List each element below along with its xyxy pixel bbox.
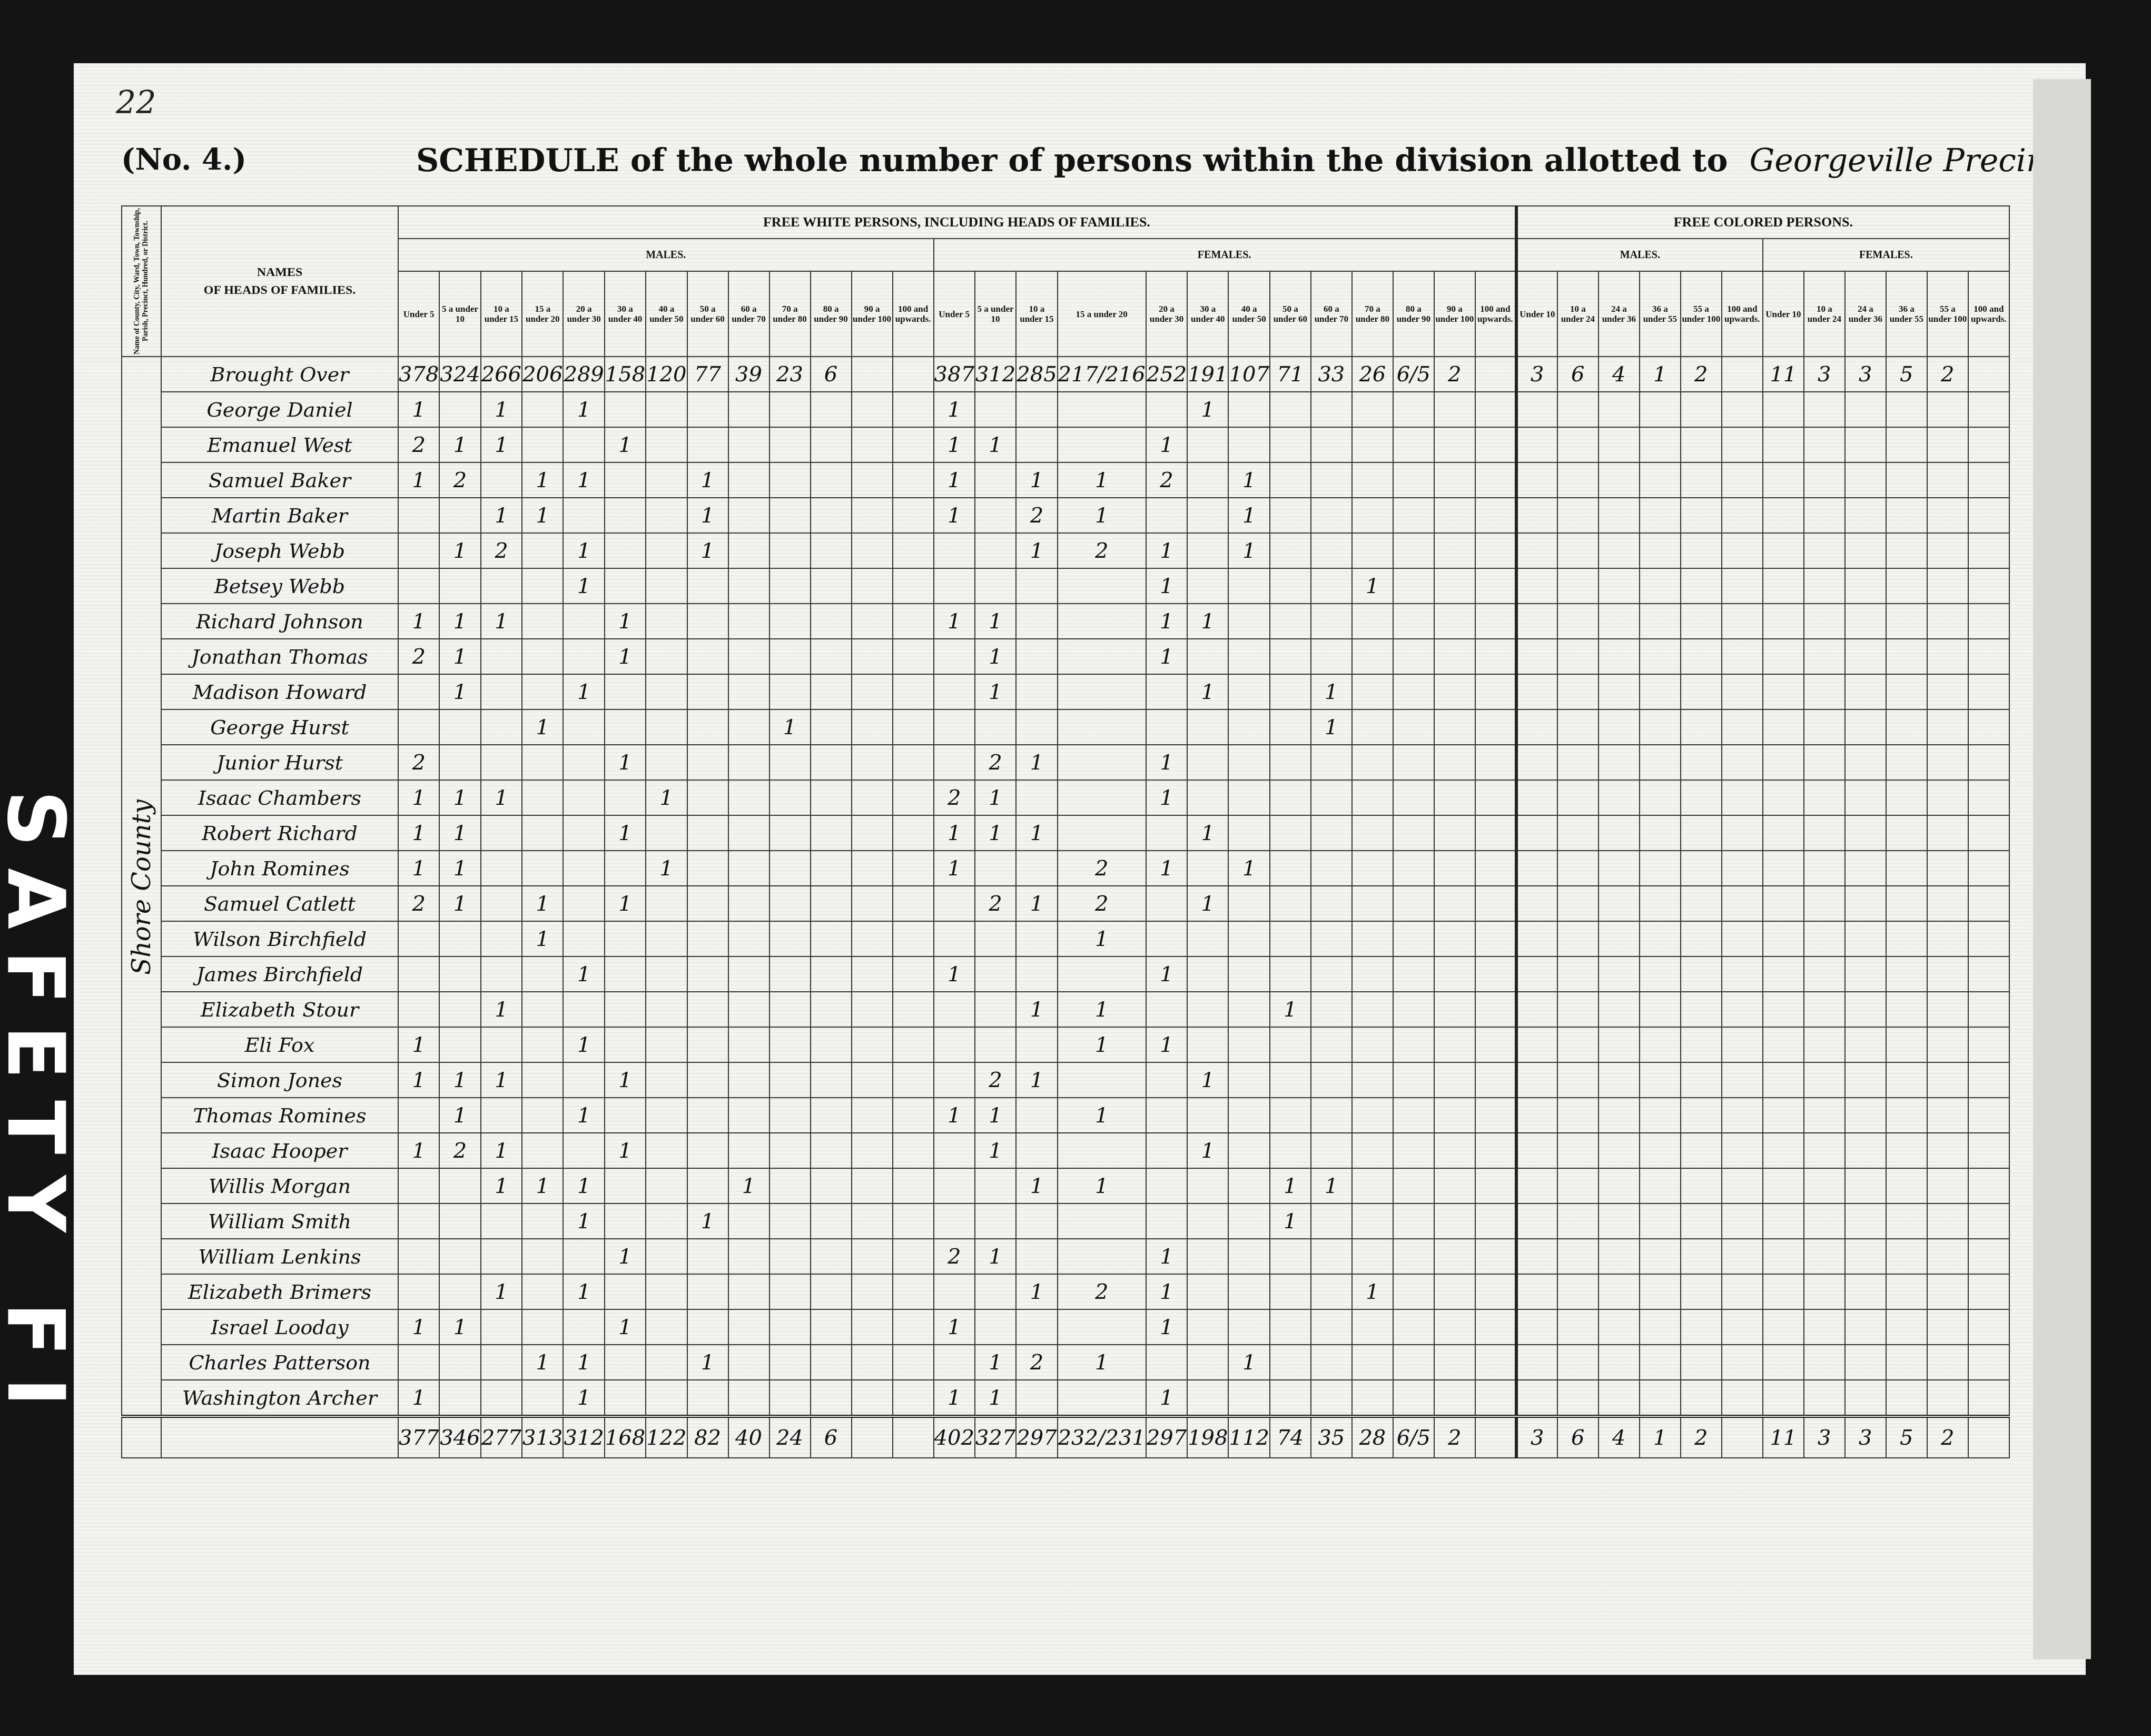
tally-cell: 1 [1187,815,1228,851]
tally-cell [1640,427,1681,462]
tally-cell: 1 [398,1309,439,1345]
tally-cell: 1 [563,1345,604,1380]
tally-cell [1927,1062,1968,1098]
tally-cell: 1 [439,851,480,886]
tally-cell: 1 [1311,1168,1352,1204]
tally-cell [1228,709,1269,745]
total-cell: 5 [1886,1416,1927,1458]
tally-cell [975,498,1016,533]
tally-cell [1352,745,1393,780]
tally-cell [1927,1239,1968,1274]
tally-cell [481,639,522,674]
tally-cell [1640,1380,1681,1416]
tally-cell [1763,1062,1804,1098]
age-column-header: 15 a under 20 [522,271,563,357]
tally-cell [1187,1204,1228,1239]
tally-cell [1640,921,1681,956]
tally-cell [769,498,811,533]
tally-cell [893,674,934,709]
tally-cell [811,780,852,815]
tally-cell: 1 [605,1239,646,1274]
tally-cell [1640,745,1681,780]
white-females-header: FEMALES. [934,239,1516,271]
tally-cell [1434,1309,1475,1345]
tally-cell [1681,1027,1722,1062]
head-of-family-name: James Birchfield [161,956,398,992]
tally-cell [1845,921,1886,956]
tally-cell [398,1274,439,1309]
tally-cell [1968,921,2009,956]
tally-cell [1311,992,1352,1027]
tally-cell [1681,851,1722,886]
head-of-family-name: William Smith [161,1204,398,1239]
tally-cell [1475,1274,1516,1309]
tally-cell [1804,745,1845,780]
age-column-header: Under 10 [1763,271,1804,357]
tally-cell [1681,1309,1722,1345]
tally-cell [522,815,563,851]
tally-cell [1886,1274,1927,1309]
age-column-header: 10 a under 15 [1016,271,1057,357]
table-row: Martin Baker1111211 [122,498,2009,533]
tally-cell [769,1380,811,1416]
tally-cell: 1 [1058,992,1146,1027]
tally-cell [1016,1380,1057,1416]
table-row: Madison Howard11111 [122,674,2009,709]
tally-cell [852,1204,893,1239]
tally-cell [811,1098,852,1133]
tally-cell [1763,921,1804,956]
tally-cell [1845,1239,1886,1274]
tally-cell [481,886,522,921]
tally-cell: 1 [934,498,975,533]
tally-cell [1763,1133,1804,1168]
tally-cell [481,851,522,886]
age-column-header: 100 and upwards. [893,271,934,357]
tally-cell [852,604,893,639]
tally-cell [1270,604,1311,639]
tally-cell [1434,1027,1475,1062]
total-cell: 277 [481,1416,522,1458]
total-cell: 2 [1434,1416,1475,1458]
tally-cell [439,568,480,604]
tally-cell [1475,604,1516,639]
tally-cell [1722,851,1763,886]
tally-cell [1187,1239,1228,1274]
tally-cell [1681,604,1722,639]
tally-cell [1968,427,2009,462]
tally-cell [975,1204,1016,1239]
tally-cell [522,1204,563,1239]
tally-cell [1845,462,1886,498]
age-column-header: 55 a under 100 [1927,271,1968,357]
tally-cell [1763,745,1804,780]
tally-cell [481,921,522,956]
tally-cell [646,992,687,1027]
tally-cell [728,1062,769,1098]
tally-cell [728,1345,769,1380]
tally-cell [728,1133,769,1168]
tally-cell [687,1133,728,1168]
tally-cell [605,992,646,1027]
page-number: 22 [116,84,156,121]
tally-cell [1763,1168,1804,1204]
tally-cell: 1 [522,921,563,956]
total-cell: 6 [1557,1416,1599,1458]
tally-cell: 1 [1270,1168,1311,1204]
tally-cell: 289 [563,357,604,392]
tally-cell [728,815,769,851]
tally-cell [1352,780,1393,815]
tally-cell [1228,886,1269,921]
tally-cell: 1 [481,604,522,639]
tally-cell [1016,709,1057,745]
tally-cell [1599,745,1640,780]
tally-cell [852,674,893,709]
tally-cell [481,1027,522,1062]
tally-cell [1270,1380,1311,1416]
tally-cell [646,604,687,639]
tally-cell [1187,709,1228,745]
tally-cell [1058,674,1146,709]
tally-cell [1681,745,1722,780]
tally-cell: 2 [934,780,975,815]
tally-cell [1886,815,1927,851]
head-of-family-name: Israel Looday [161,1309,398,1345]
tally-cell [563,1062,604,1098]
tally-cell [687,709,728,745]
table-row: Israel Looday11111 [122,1309,2009,1345]
tally-cell [1804,568,1845,604]
tally-cell [1927,498,1968,533]
tally-cell [1722,1027,1763,1062]
age-column-header: 40 a under 50 [1228,271,1269,357]
tally-cell [1475,745,1516,780]
tally-cell [1016,1133,1057,1168]
tally-cell [1599,709,1640,745]
age-column-header: Under 5 [398,271,439,357]
tally-cell [852,1380,893,1416]
tally-cell [1722,427,1763,462]
tally-cell [1270,1027,1311,1062]
tally-cell [1557,992,1599,1027]
tally-cell [1804,462,1845,498]
tally-cell [646,1274,687,1309]
head-of-family-name: Isaac Chambers [161,780,398,815]
tally-cell [439,1204,480,1239]
tally-cell [481,815,522,851]
tally-cell [687,992,728,1027]
tally-cell: 1 [398,392,439,427]
white-males-header: MALES. [398,239,934,271]
tally-cell [1146,1133,1187,1168]
tally-cell: 107 [1228,357,1269,392]
tally-cell [1927,1027,1968,1062]
tally-cell: 324 [439,357,480,392]
tally-cell [1352,815,1393,851]
tally-cell [769,568,811,604]
tally-cell [1187,1168,1228,1204]
tally-cell [1270,1062,1311,1098]
tally-cell [1058,709,1146,745]
tally-cell [893,709,934,745]
tally-cell [1968,1133,2009,1168]
tally-cell [522,674,563,709]
tally-cell [1516,1274,1557,1309]
tally-cell: 2 [1927,357,1968,392]
tally-cell: 1 [481,780,522,815]
tally-cell [852,392,893,427]
tally-cell [1681,780,1722,815]
tally-cell [934,1345,975,1380]
tally-cell [1475,886,1516,921]
tally-cell [1352,392,1393,427]
tally-cell [893,533,934,568]
tally-cell: 1 [1146,533,1187,568]
tally-cell: 1 [1058,498,1146,533]
tally-cell [1722,815,1763,851]
tally-cell: 312 [975,357,1016,392]
tally-cell [1516,1168,1557,1204]
total-cell [852,1416,893,1458]
tally-cell: 1 [563,392,604,427]
tally-cell [1804,992,1845,1027]
table-row: Shore CountyBrought Over3783242662062891… [122,357,2009,392]
colored-females-header: FEMALES. [1763,239,2009,271]
total-cell: 2 [1927,1416,1968,1458]
tally-cell [1763,1380,1804,1416]
tally-cell [1599,1168,1640,1204]
tally-cell [1804,709,1845,745]
tally-cell [852,1062,893,1098]
tally-cell: 1 [975,1380,1016,1416]
tally-cell [1804,815,1845,851]
tally-cell [1475,639,1516,674]
tally-cell [1146,886,1187,921]
tally-cell [1927,639,1968,674]
tally-cell [1516,674,1557,709]
tally-cell [1393,533,1434,568]
tally-cell: 1 [1187,1062,1228,1098]
tally-cell [605,1204,646,1239]
tally-cell: 1 [1058,462,1146,498]
tally-cell [646,674,687,709]
tally-cell [481,1380,522,1416]
tally-cell [1516,427,1557,462]
tally-cell [687,921,728,956]
table-row: Elizabeth Brimers111211 [122,1274,2009,1309]
total-cell: 3 [1516,1416,1557,1458]
tally-cell [1640,1168,1681,1204]
tally-cell [522,745,563,780]
tally-cell [1434,533,1475,568]
age-column-header: 100 and upwards. [1968,271,2009,357]
tally-cell [893,745,934,780]
tally-cell: 2 [398,745,439,780]
tally-cell [1016,1204,1057,1239]
tally-cell: 1 [1016,1168,1057,1204]
tally-cell [605,780,646,815]
tally-cell [1640,1133,1681,1168]
tally-cell: 1 [975,639,1016,674]
tally-cell [522,780,563,815]
tally-cell: 33 [1311,357,1352,392]
tally-cell [1845,1133,1886,1168]
tally-cell [1968,1062,2009,1098]
tally-cell [811,1062,852,1098]
tally-cell [1228,956,1269,992]
tally-cell [1722,1345,1763,1380]
tally-cell [1228,604,1269,639]
tally-cell [1475,956,1516,992]
tally-cell [1968,357,2009,392]
tally-cell [1146,921,1187,956]
tally-cell [769,745,811,780]
tally-cell [1270,1309,1311,1345]
total-cell: 24 [769,1416,811,1458]
age-column-header: 90 a under 100 [852,271,893,357]
table-row: John Romines1111211 [122,851,2009,886]
tally-cell: 1 [398,1027,439,1062]
tally-cell: 1 [522,709,563,745]
tally-cell [1804,604,1845,639]
tally-cell [1681,427,1722,462]
age-column-header: 5 a under 10 [975,271,1016,357]
tally-cell: 1 [439,1309,480,1345]
tally-cell [1886,780,1927,815]
tally-cell [605,392,646,427]
tally-cell: 1 [728,1168,769,1204]
tally-cell [1968,956,2009,992]
tally-cell [439,921,480,956]
tally-cell [1640,533,1681,568]
tally-cell [893,992,934,1027]
tally-cell [1681,886,1722,921]
totals-row: 3773462773133121681228240246402327297232… [122,1416,2009,1458]
tally-cell: 1 [1146,851,1187,886]
tally-cell [1599,639,1640,674]
tally-cell [522,1239,563,1274]
tally-cell [646,1204,687,1239]
tally-cell: 1 [563,956,604,992]
tally-cell: 2 [1146,462,1187,498]
tally-cell: 1 [646,851,687,886]
tally-cell: 1 [1187,604,1228,639]
tally-cell [1763,392,1804,427]
tally-cell [1393,1027,1434,1062]
tally-cell [1434,921,1475,956]
tally-cell [1722,533,1763,568]
tally-cell [769,1168,811,1204]
tally-cell [1516,1133,1557,1168]
tally-cell [1640,1274,1681,1309]
tally-cell [1058,1239,1146,1274]
tally-cell: 1 [439,1098,480,1133]
tally-cell [1886,462,1927,498]
total-cell [893,1416,934,1458]
tally-cell [975,709,1016,745]
tally-cell: 1 [1146,1274,1187,1309]
colored-males-header: MALES. [1516,239,1763,271]
tally-cell [1475,815,1516,851]
tally-cell [1804,1309,1845,1345]
age-column-header: 60 a under 70 [728,271,769,357]
table-row: Betsey Webb111 [122,568,2009,604]
names-header-line2: OF HEADS OF FAMILIES. [162,281,398,299]
tally-cell [1557,1380,1599,1416]
tally-cell [1722,604,1763,639]
tally-cell [728,1204,769,1239]
tally-cell [1058,1309,1146,1345]
tally-cell [1228,1274,1269,1309]
tally-cell [1599,568,1640,604]
tally-cell [1886,956,1927,992]
total-cell: 232/231 [1058,1416,1146,1458]
tally-cell: 1 [934,815,975,851]
tally-cell [975,462,1016,498]
tally-cell: 1 [398,780,439,815]
head-of-family-name: Joseph Webb [161,533,398,568]
tally-cell [1393,1380,1434,1416]
tally-cell [1599,1239,1640,1274]
tally-cell [1270,392,1311,427]
tally-cell [852,1274,893,1309]
tally-cell [1058,1062,1146,1098]
tally-cell [1557,709,1599,745]
tally-cell [646,639,687,674]
tally-cell [605,462,646,498]
total-cell: 377 [398,1416,439,1458]
tally-cell [522,392,563,427]
tally-cell [1434,1380,1475,1416]
tally-cell [1393,674,1434,709]
tally-cell [1393,1274,1434,1309]
tally-cell [1557,1309,1599,1345]
tally-cell [1434,462,1475,498]
tally-cell [1681,533,1722,568]
tally-cell [1187,956,1228,992]
tally-cell [1681,1204,1722,1239]
tally-cell [1270,921,1311,956]
tally-cell: 1 [975,1239,1016,1274]
tally-cell: 1 [687,498,728,533]
tally-cell [1968,1204,2009,1239]
age-column-header: Under 10 [1516,271,1557,357]
tally-cell [852,639,893,674]
tally-cell: 1 [934,956,975,992]
tally-cell [1393,780,1434,815]
tally-cell [1927,921,1968,956]
tally-cell: 1 [1352,568,1393,604]
tally-cell [1516,1027,1557,1062]
tally-cell [769,886,811,921]
age-column-header: 70 a under 80 [769,271,811,357]
tally-cell: 2 [1681,357,1722,392]
tally-cell [769,1274,811,1309]
tally-cell [893,1380,934,1416]
tally-cell [1599,1062,1640,1098]
tally-cell [1599,956,1640,992]
tally-cell: 1 [605,1133,646,1168]
head-of-family-name: Samuel Baker [161,462,398,498]
table-row: Samuel Baker1211111121 [122,462,2009,498]
tally-cell: 1 [439,1062,480,1098]
tally-cell: 1 [1058,921,1146,956]
tally-cell [1557,1027,1599,1062]
census-table: Name of County, City, Ward, Town, Townsh… [121,205,2010,1458]
tally-cell [646,956,687,992]
tally-cell: 1 [605,639,646,674]
